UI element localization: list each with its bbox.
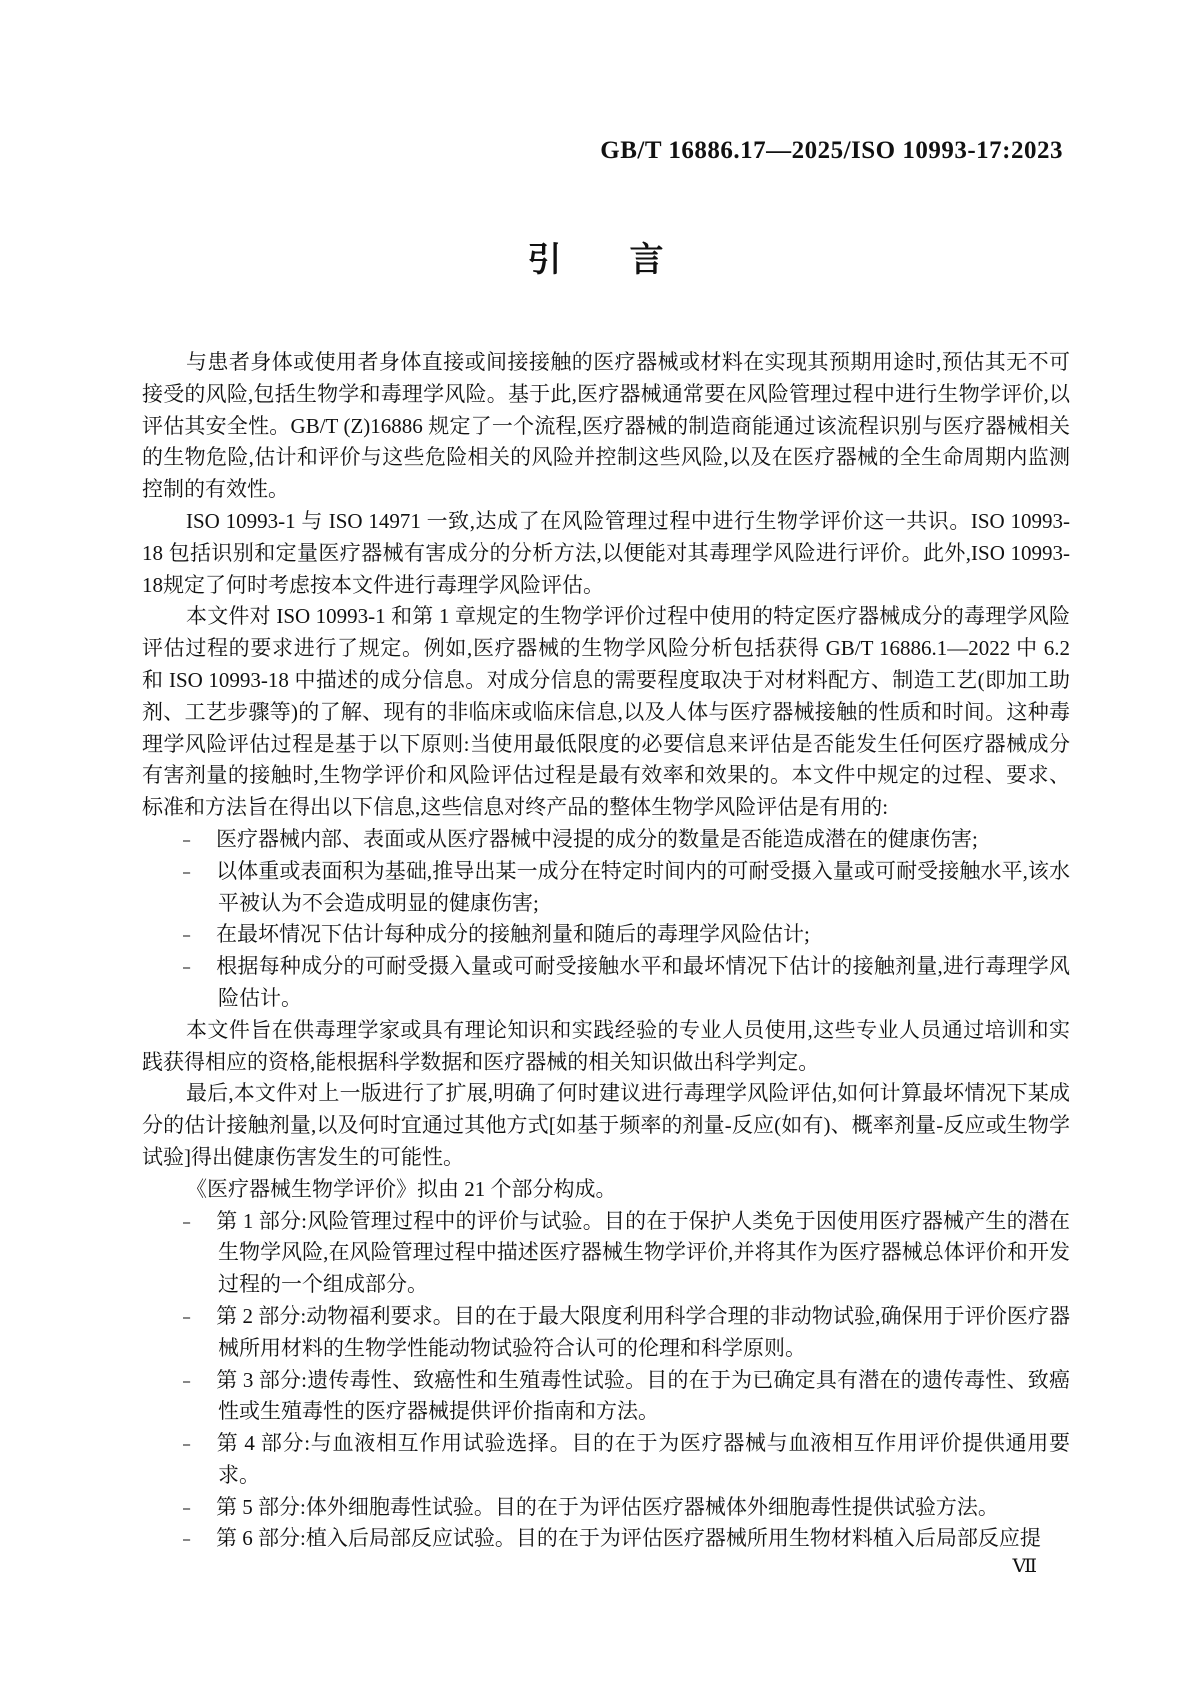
list-item-text: 第 2 部分:动物福利要求。目的在于最大限度利用科学合理的非动物试验,确保用于评…: [216, 1304, 1070, 1360]
dash-marker: ——: [183, 824, 216, 856]
dash-marker: ——: [183, 1428, 216, 1460]
standard-number: GB/T 16886.17—2025/ISO 10993-17:2023: [0, 0, 1191, 166]
intro-paragraph: 最后,本文件对上一版进行了扩展,明确了何时建议进行毒理学风险评估,如何计算最坏情…: [142, 1078, 1070, 1173]
list-item-text: 第 1 部分:风险管理过程中的评价与试验。目的在于保护人类免于因使用医疗器械产生…: [216, 1209, 1070, 1297]
list-item-text: 医疗器械内部、表面或从医疗器械中浸提的成分的数量是否能造成潜在的健康伤害;: [216, 827, 978, 851]
intro-paragraph: 与患者身体或使用者身体直接或间接接触的医疗器械或材料在实现其预期用途时,预估其无…: [142, 347, 1070, 506]
dash-marker: ——: [183, 856, 216, 888]
list-item-text: 第 6 部分:植入后局部反应试验。目的在于为评估医疗器械所用生物材料植入后局部反…: [216, 1526, 1041, 1550]
list-item: ——第 1 部分:风险管理过程中的评价与试验。目的在于保护人类免于因使用医疗器械…: [142, 1206, 1070, 1301]
list-item: ——第 2 部分:动物福利要求。目的在于最大限度利用科学合理的非动物试验,确保用…: [142, 1301, 1070, 1365]
dash-marker: ——: [183, 1365, 216, 1397]
intro-paragraph: 本文件对 ISO 10993-1 和第 1 章规定的生物学评价过程中使用的特定医…: [142, 601, 1070, 824]
document-page: GB/T 16886.17—2025/ISO 10993-17:2023 引 言…: [0, 0, 1191, 1685]
intro-paragraph: 《医疗器械生物学评价》拟由 21 个部分构成。: [142, 1174, 1070, 1206]
list-item-text: 第 3 部分:遗传毒性、致癌性和生殖毒性试验。目的在于为已确定具有潜在的遗传毒性…: [216, 1368, 1070, 1424]
list-item: ——以体重或表面积为基础,推导出某一成分在特定时间内的可耐受摄入量或可耐受接触水…: [142, 856, 1070, 920]
list-item-text: 第 4 部分:与血液相互作用试验选择。目的在于为医疗器械与血液相互作用评价提供通…: [216, 1431, 1070, 1487]
intro-paragraph: ISO 10993-1 与 ISO 14971 一致,达成了在风险管理过程中进行…: [142, 506, 1070, 601]
list-item: ——根据每种成分的可耐受摄入量或可耐受接触水平和最坏情况下估计的接触剂量,进行毒…: [142, 951, 1070, 1015]
list-item: ——第 4 部分:与血液相互作用试验选择。目的在于为医疗器械与血液相互作用评价提…: [142, 1428, 1070, 1492]
list-item: ——第 5 部分:体外细胞毒性试验。目的在于为评估医疗器械体外细胞毒性提供试验方…: [142, 1492, 1070, 1524]
list-item: ——医疗器械内部、表面或从医疗器械中浸提的成分的数量是否能造成潜在的健康伤害;: [142, 824, 1070, 856]
dash-marker: ——: [183, 1301, 216, 1333]
list-item: ——第 6 部分:植入后局部反应试验。目的在于为评估医疗器械所用生物材料植入后局…: [142, 1523, 1070, 1555]
list-item: ——在最坏情况下估计每种成分的接触剂量和随后的毒理学风险估计;: [142, 919, 1070, 951]
dash-marker: ——: [183, 1206, 216, 1238]
page-title: 引 言: [0, 240, 1191, 280]
list-item: ——第 3 部分:遗传毒性、致癌性和生殖毒性试验。目的在于为已确定具有潜在的遗传…: [142, 1365, 1070, 1429]
dash-marker: ——: [183, 1523, 216, 1555]
list-item-text: 第 5 部分:体外细胞毒性试验。目的在于为评估医疗器械体外细胞毒性提供试验方法。: [216, 1495, 999, 1519]
dash-marker: ——: [183, 1492, 216, 1524]
dash-marker: ——: [183, 919, 216, 951]
dash-marker: ——: [183, 951, 216, 983]
body-text: 与患者身体或使用者身体直接或间接接触的医疗器械或材料在实现其预期用途时,预估其无…: [142, 347, 1070, 1555]
list-item-text: 以体重或表面积为基础,推导出某一成分在特定时间内的可耐受摄入量或可耐受接触水平,…: [216, 859, 1070, 915]
intro-paragraph: 本文件旨在供毒理学家或具有理论知识和实践经验的专业人员使用,这些专业人员通过培训…: [142, 1015, 1070, 1079]
list-item-text: 在最坏情况下估计每种成分的接触剂量和随后的毒理学风险估计;: [216, 922, 810, 946]
list-item-text: 根据每种成分的可耐受摄入量或可耐受接触水平和最坏情况下估计的接触剂量,进行毒理学…: [216, 954, 1070, 1010]
page-number: Ⅶ: [0, 1555, 1191, 1579]
